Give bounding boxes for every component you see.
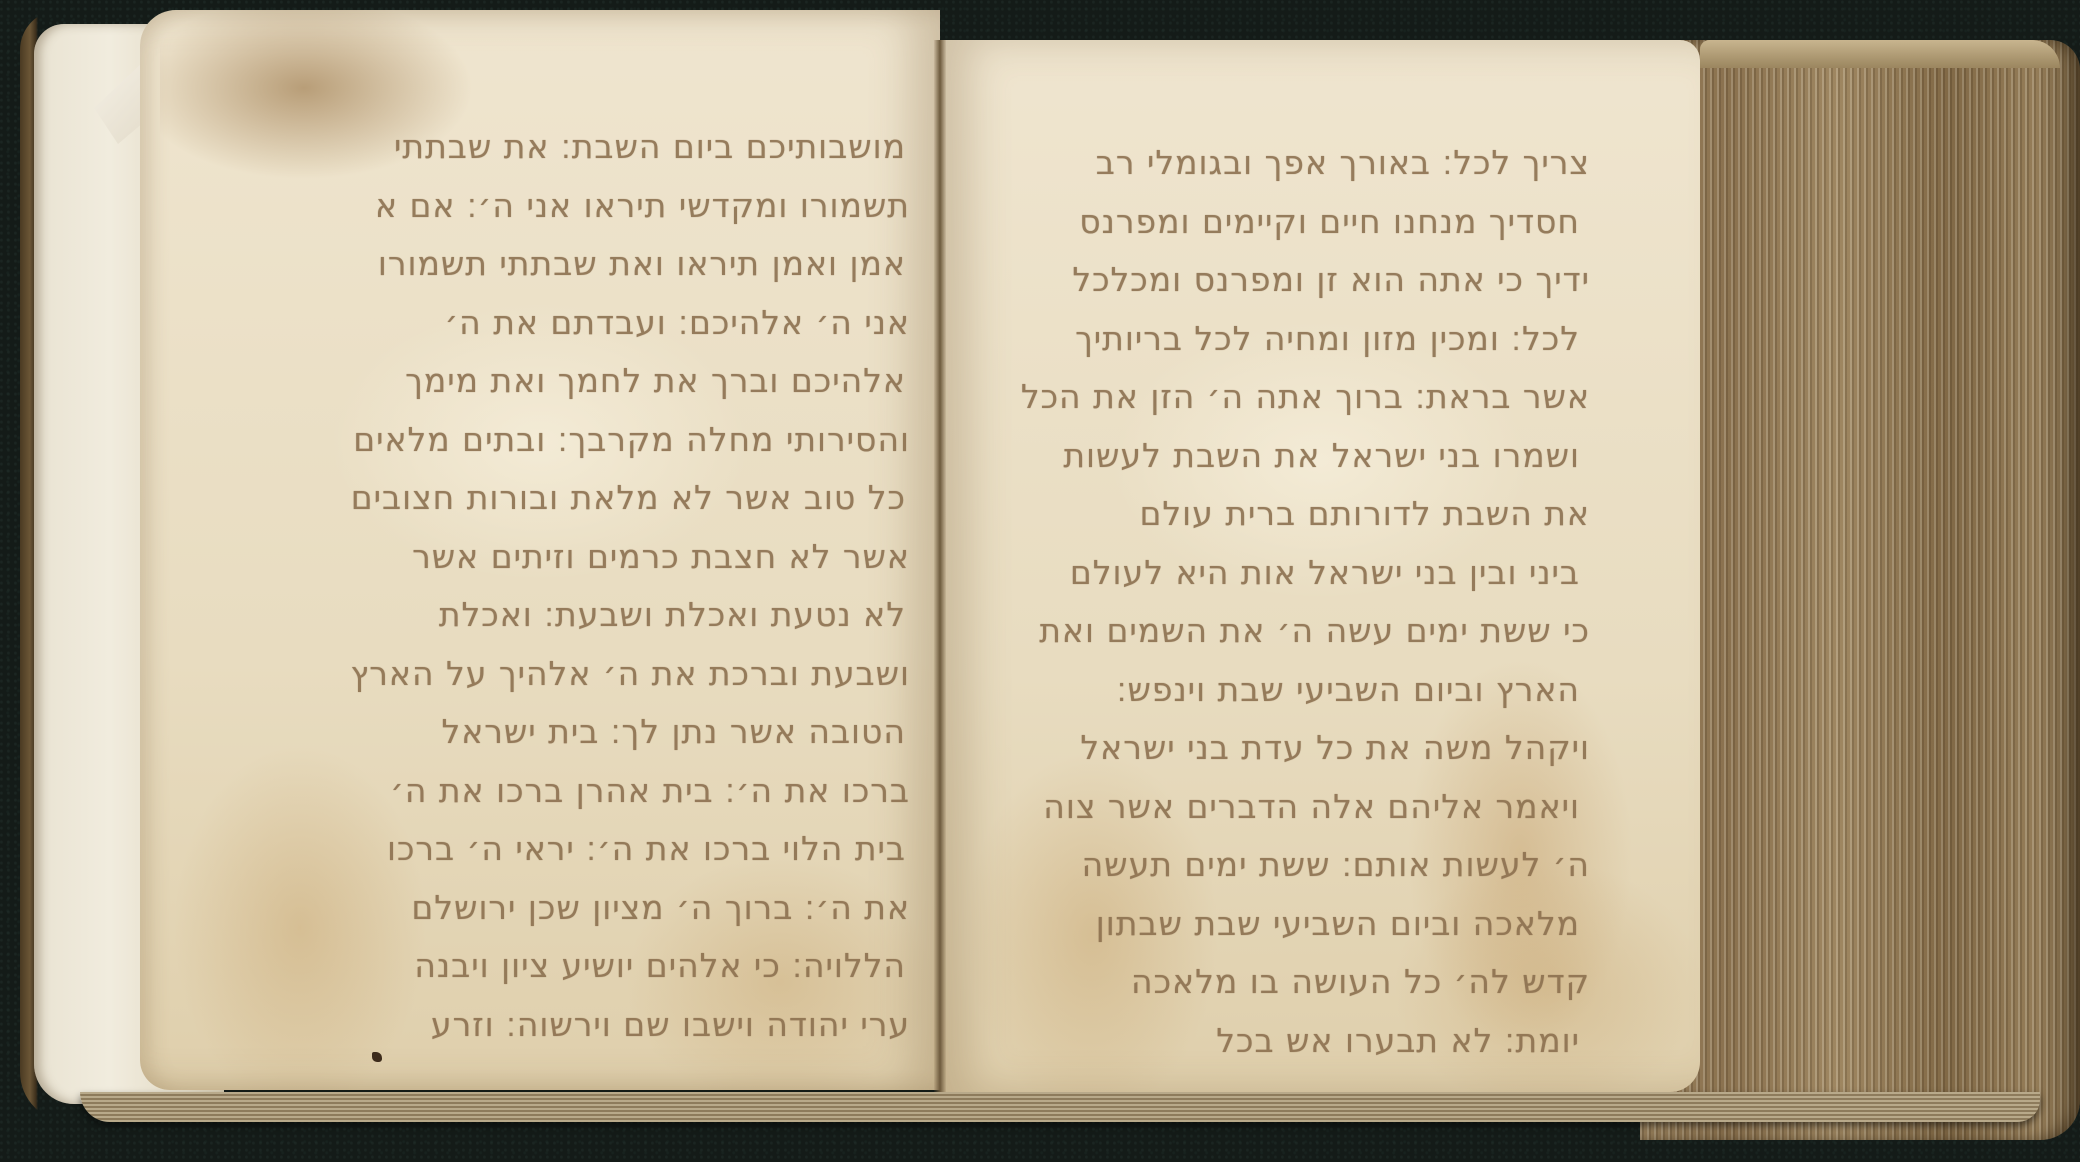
text-line: מושבותיכם ביום השבת׃ את שבתתי	[230, 118, 910, 177]
text-line: אמן ואמן תיראו ואת שבתתי תשמורו	[230, 235, 910, 294]
text-line: יומת׃ לא תבערו אש בכל	[950, 1012, 1590, 1071]
text-line: את ה׳׃ ברוך ה׳ מציון שכן ירושלם	[230, 879, 910, 938]
text-line: הללויה׃ כי אלהים יושיע ציון ויבנה	[230, 937, 910, 996]
text-line: ושבעת וברכת את ה׳ אלהיך על הארץ	[230, 645, 910, 704]
text-line: כי ששת ימים עשה ה׳ את השמים ואת	[950, 602, 1590, 661]
text-line: לכל׃ ומכין מזון ומחיה לכל בריותיך	[950, 310, 1590, 369]
text-line: אשר לא חצבת כרמים וזיתים אשר	[230, 528, 910, 587]
text-line: כל טוב אשר לא מלאת ובורות חצובים	[230, 469, 910, 528]
text-line: לא נטעת ואכלת ושבעת׃ ואכלת	[230, 586, 910, 645]
text-line: תשמורו ומקדשי תיראו אני ה׳׃ אם א	[230, 177, 910, 236]
text-line: והסירותי מחלה מקרבך׃ ובתים מלאים	[230, 411, 910, 470]
left-page-text: מושבותיכם ביום השבת׃ את שבתתי תשמורו ומק…	[230, 118, 910, 1054]
text-line: קדש לה׳ כל העושה בו מלאכה	[950, 953, 1590, 1012]
text-line: אני ה׳ אלהיכם׃ ועבדתם את ה׳	[230, 294, 910, 353]
text-line: בית הלוי ברכו את ה׳׃ יראי ה׳ ברכו	[230, 820, 910, 879]
text-line: ויאמר אליהם אלה הדברים אשר צוה	[950, 778, 1590, 837]
text-line: הטובה אשר נתן לך׃ בית ישראל	[230, 703, 910, 762]
text-line: אשר בראת׃ ברוך אתה ה׳ הזן את הכל	[950, 368, 1590, 427]
text-line: הארץ וביום השביעי שבת וינפש׃	[950, 661, 1590, 720]
text-line: חסדיך מנחנו חיים וקיימים ומפרנס	[950, 193, 1590, 252]
text-line: צריך לכל׃ באורך אפך ובגומלי רב	[950, 134, 1590, 193]
book-gutter	[934, 40, 946, 1092]
page-block-top-edge	[1700, 40, 2060, 68]
text-line: ויקהל משה את כל עדת בני ישראל	[950, 719, 1590, 778]
text-line: ביני ובין בני ישראל אות היא לעולם	[950, 544, 1590, 603]
open-book: מושבותיכם ביום השבת׃ את שבתתי תשמורו ומק…	[0, 0, 2080, 1162]
bottom-page-edge	[80, 1092, 2040, 1122]
text-line: ערי יהודה וישבו שם וירשוה׃ וזרע	[230, 996, 910, 1055]
text-line: ה׳ לעשות אותם׃ ששת ימים תעשה	[950, 836, 1590, 895]
text-line: את השבת לדורותם ברית עולם	[950, 485, 1590, 544]
text-line: ידיך כי אתה הוא זן ומפרנס ומכלכל	[950, 251, 1590, 310]
ink-blot	[372, 1052, 382, 1062]
fore-edge-page-block	[1640, 40, 2080, 1140]
text-line: ושמרו בני ישראל את השבת לעשות	[950, 427, 1590, 486]
text-line: מלאכה וביום השביעי שבת שבתון	[950, 895, 1590, 954]
right-page-text: צריך לכל׃ באורך אפך ובגומלי רב חסדיך מנח…	[950, 134, 1590, 1070]
text-line: ברכו את ה׳׃ בית אהרן ברכו את ה׳	[230, 762, 910, 821]
text-line: אלהיכם וברך את לחמך ואת מימך	[230, 352, 910, 411]
